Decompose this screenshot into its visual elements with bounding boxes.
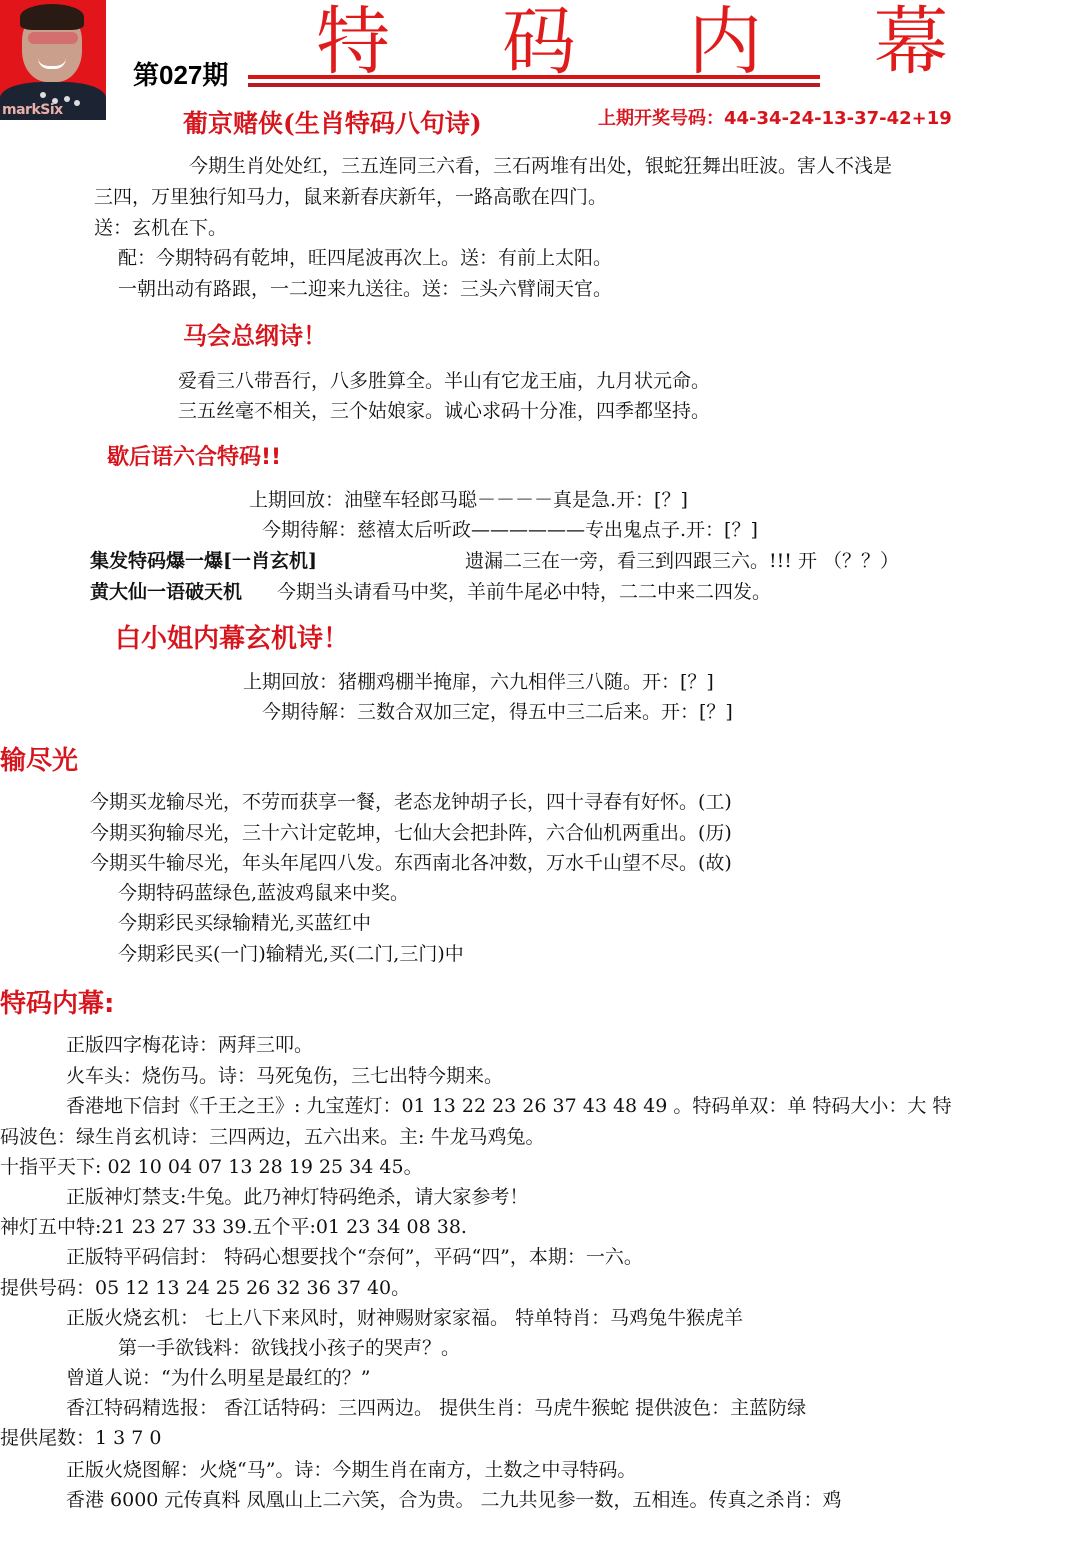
info-line: 提供尾数：1 3 7 0	[0, 1423, 161, 1454]
poem-line: 一朝出动有路跟，一二迎来九送往。送：三头六臂闹天官。	[118, 274, 612, 305]
logo-hair	[20, 4, 84, 30]
poem-line: 送：玄机在下。	[94, 213, 227, 244]
tip-line: 今期特码蓝绿色,蓝波鸡鼠来中奖。	[118, 878, 409, 909]
tip-line: 今期彩民买绿输精光,买蓝红中	[118, 908, 371, 939]
info-line: 正版火烧玄机： 七上八下来风时，财神赐财家家福。 特单特肖：马鸡兔牛猴虎羊	[66, 1303, 743, 1334]
jifa-text: 遗漏二三在一旁，看三到四跟三六。!!! 开 （？？）	[465, 546, 899, 577]
section-heading-pujing: 葡京赌侠(生肖特码八句诗)	[183, 104, 482, 140]
section-heading-baixiaojie: 白小姐内幕玄机诗！	[115, 618, 349, 655]
info-line: 神灯五中特:21 23 27 33 39.五个平:01 23 34 08 38.	[0, 1212, 467, 1243]
logo-decor	[64, 96, 70, 102]
info-line: 正版神灯禁支:牛兔。此乃神灯特码绝杀，请大家参考！	[66, 1182, 528, 1213]
section-heading-shujinguang: 输尽光	[0, 740, 78, 777]
logo-glasses	[28, 32, 78, 44]
title-underline-bottom	[248, 83, 820, 87]
huangdaxian-label: 黄大仙一语破天机	[90, 577, 242, 608]
tip-line: 今期彩民买(一门)输精光,买(二门,三门)中	[118, 939, 464, 970]
riddle-line: 上期回放：油壁车轻郎马聪－－－－真是急.开：[？]	[249, 485, 688, 516]
info-line: 香港地下信封《千王之王》: 九宝莲灯：01 13 22 23 26 37 43 …	[66, 1091, 951, 1122]
poem-line: 今期买狗输尽光，三十六计定乾坤，七仙大会把卦阵，六合仙机两重出。(历)	[90, 818, 732, 849]
logo-decor	[74, 100, 80, 106]
title-char: 码	[502, 0, 688, 85]
poem-line: 三四，万里独行知马力，鼠来新春庆新年，一路高歌在四门。	[94, 182, 607, 213]
riddle-line: 上期回放：猪棚鸡棚半掩扉，六九相伴三八随。开：[？]	[243, 667, 714, 698]
page-title: 特码内幕	[316, 2, 948, 82]
section-heading-xiehouyu: 歇后语六合特码!!	[107, 440, 281, 471]
info-line: 香港 6000 元传真料 凤凰山上二六笑，合为贵。 二九共见参一数，五相连。传真…	[66, 1485, 842, 1516]
huangdaxian-text: 今期当头请看马中奖，羊前牛尾必中特，二二中来二四发。	[277, 577, 771, 608]
title-underline-top	[248, 75, 820, 79]
info-line: 码波色：绿生肖玄机诗：三四两边，五六出来。主: 牛龙马鸡兔。	[0, 1122, 544, 1153]
info-line: 火车头：烧伤马。诗：马死兔伤，三七出特今期来。	[66, 1061, 503, 1092]
info-line: 第一手欲钱料：欲钱找小孩子的哭声？。	[118, 1333, 460, 1364]
riddle-line: 今期待解：三数合双加三定，得五中三二后来。开：[？]	[262, 697, 733, 728]
info-line: 正版特平码信封： 特码心想要找个“奈何”，平码“四”，本期：一六。	[66, 1242, 643, 1273]
info-line: 提供号码：05 12 13 24 25 26 32 36 37 40。	[0, 1273, 410, 1304]
logo-decor	[40, 92, 46, 98]
info-line: 正版四字梅花诗：两拜三叩。	[66, 1030, 313, 1061]
issue-number: 第027期	[133, 55, 228, 92]
info-line: 香江特码精选报： 香江话特码：三四两边。 提供生肖：马虎牛猴蛇 提供波色：主蓝防…	[66, 1393, 806, 1424]
poem-line: 爱看三八带吾行，八多胜算全。半山有它龙王庙，九月状元命。	[178, 366, 710, 397]
poem-line: 今期买牛输尽光，年头年尾四八发。东西南北各冲数，万水千山望不尽。(故)	[90, 848, 732, 879]
last-draw-numbers: 上期开奖号码：44-34-24-13-37-42+19	[598, 104, 952, 130]
title-char: 特	[316, 0, 502, 85]
poem-line: 今期生肖处处红，三五连同三六看，三石两堆有出处，银蛇狂舞出旺波。害人不浅是	[189, 151, 892, 182]
logo-brand-text: markSix	[2, 102, 63, 118]
info-line: 十指平天下: 02 10 04 07 13 28 19 25 34 45。	[0, 1152, 423, 1183]
section-heading-temaneimu: 特码内幕:	[0, 983, 114, 1020]
poem-line: 三五丝毫不相关，三个姑娘家。诚心求码十分准，四季都坚持。	[178, 396, 710, 427]
section-heading-mahui: 马会总纲诗！	[183, 316, 327, 351]
riddle-line: 今期待解：慈禧太后听政——————专出鬼点子.开：[？]	[262, 515, 758, 546]
poem-line: 今期买龙输尽光，不劳而获享一餐，老态龙钟胡子长，四十寻春有好怀。(工)	[90, 787, 732, 818]
title-char: 内	[688, 0, 874, 85]
poem-line: 配：今期特码有乾坤，旺四尾波再次上。送：有前上太阳。	[118, 243, 612, 274]
title-char: 幕	[874, 0, 948, 85]
marksix-logo-image: markSix	[0, 0, 106, 120]
info-line: 曾道人说：“为什么明星是最红的？”	[66, 1363, 370, 1394]
jifa-label: 集发特码爆一爆[一肖玄机]	[90, 546, 317, 577]
info-line: 正版火烧图解：火烧“马”。诗：今期生肖在南方，土数之中寻特码。	[66, 1455, 636, 1486]
